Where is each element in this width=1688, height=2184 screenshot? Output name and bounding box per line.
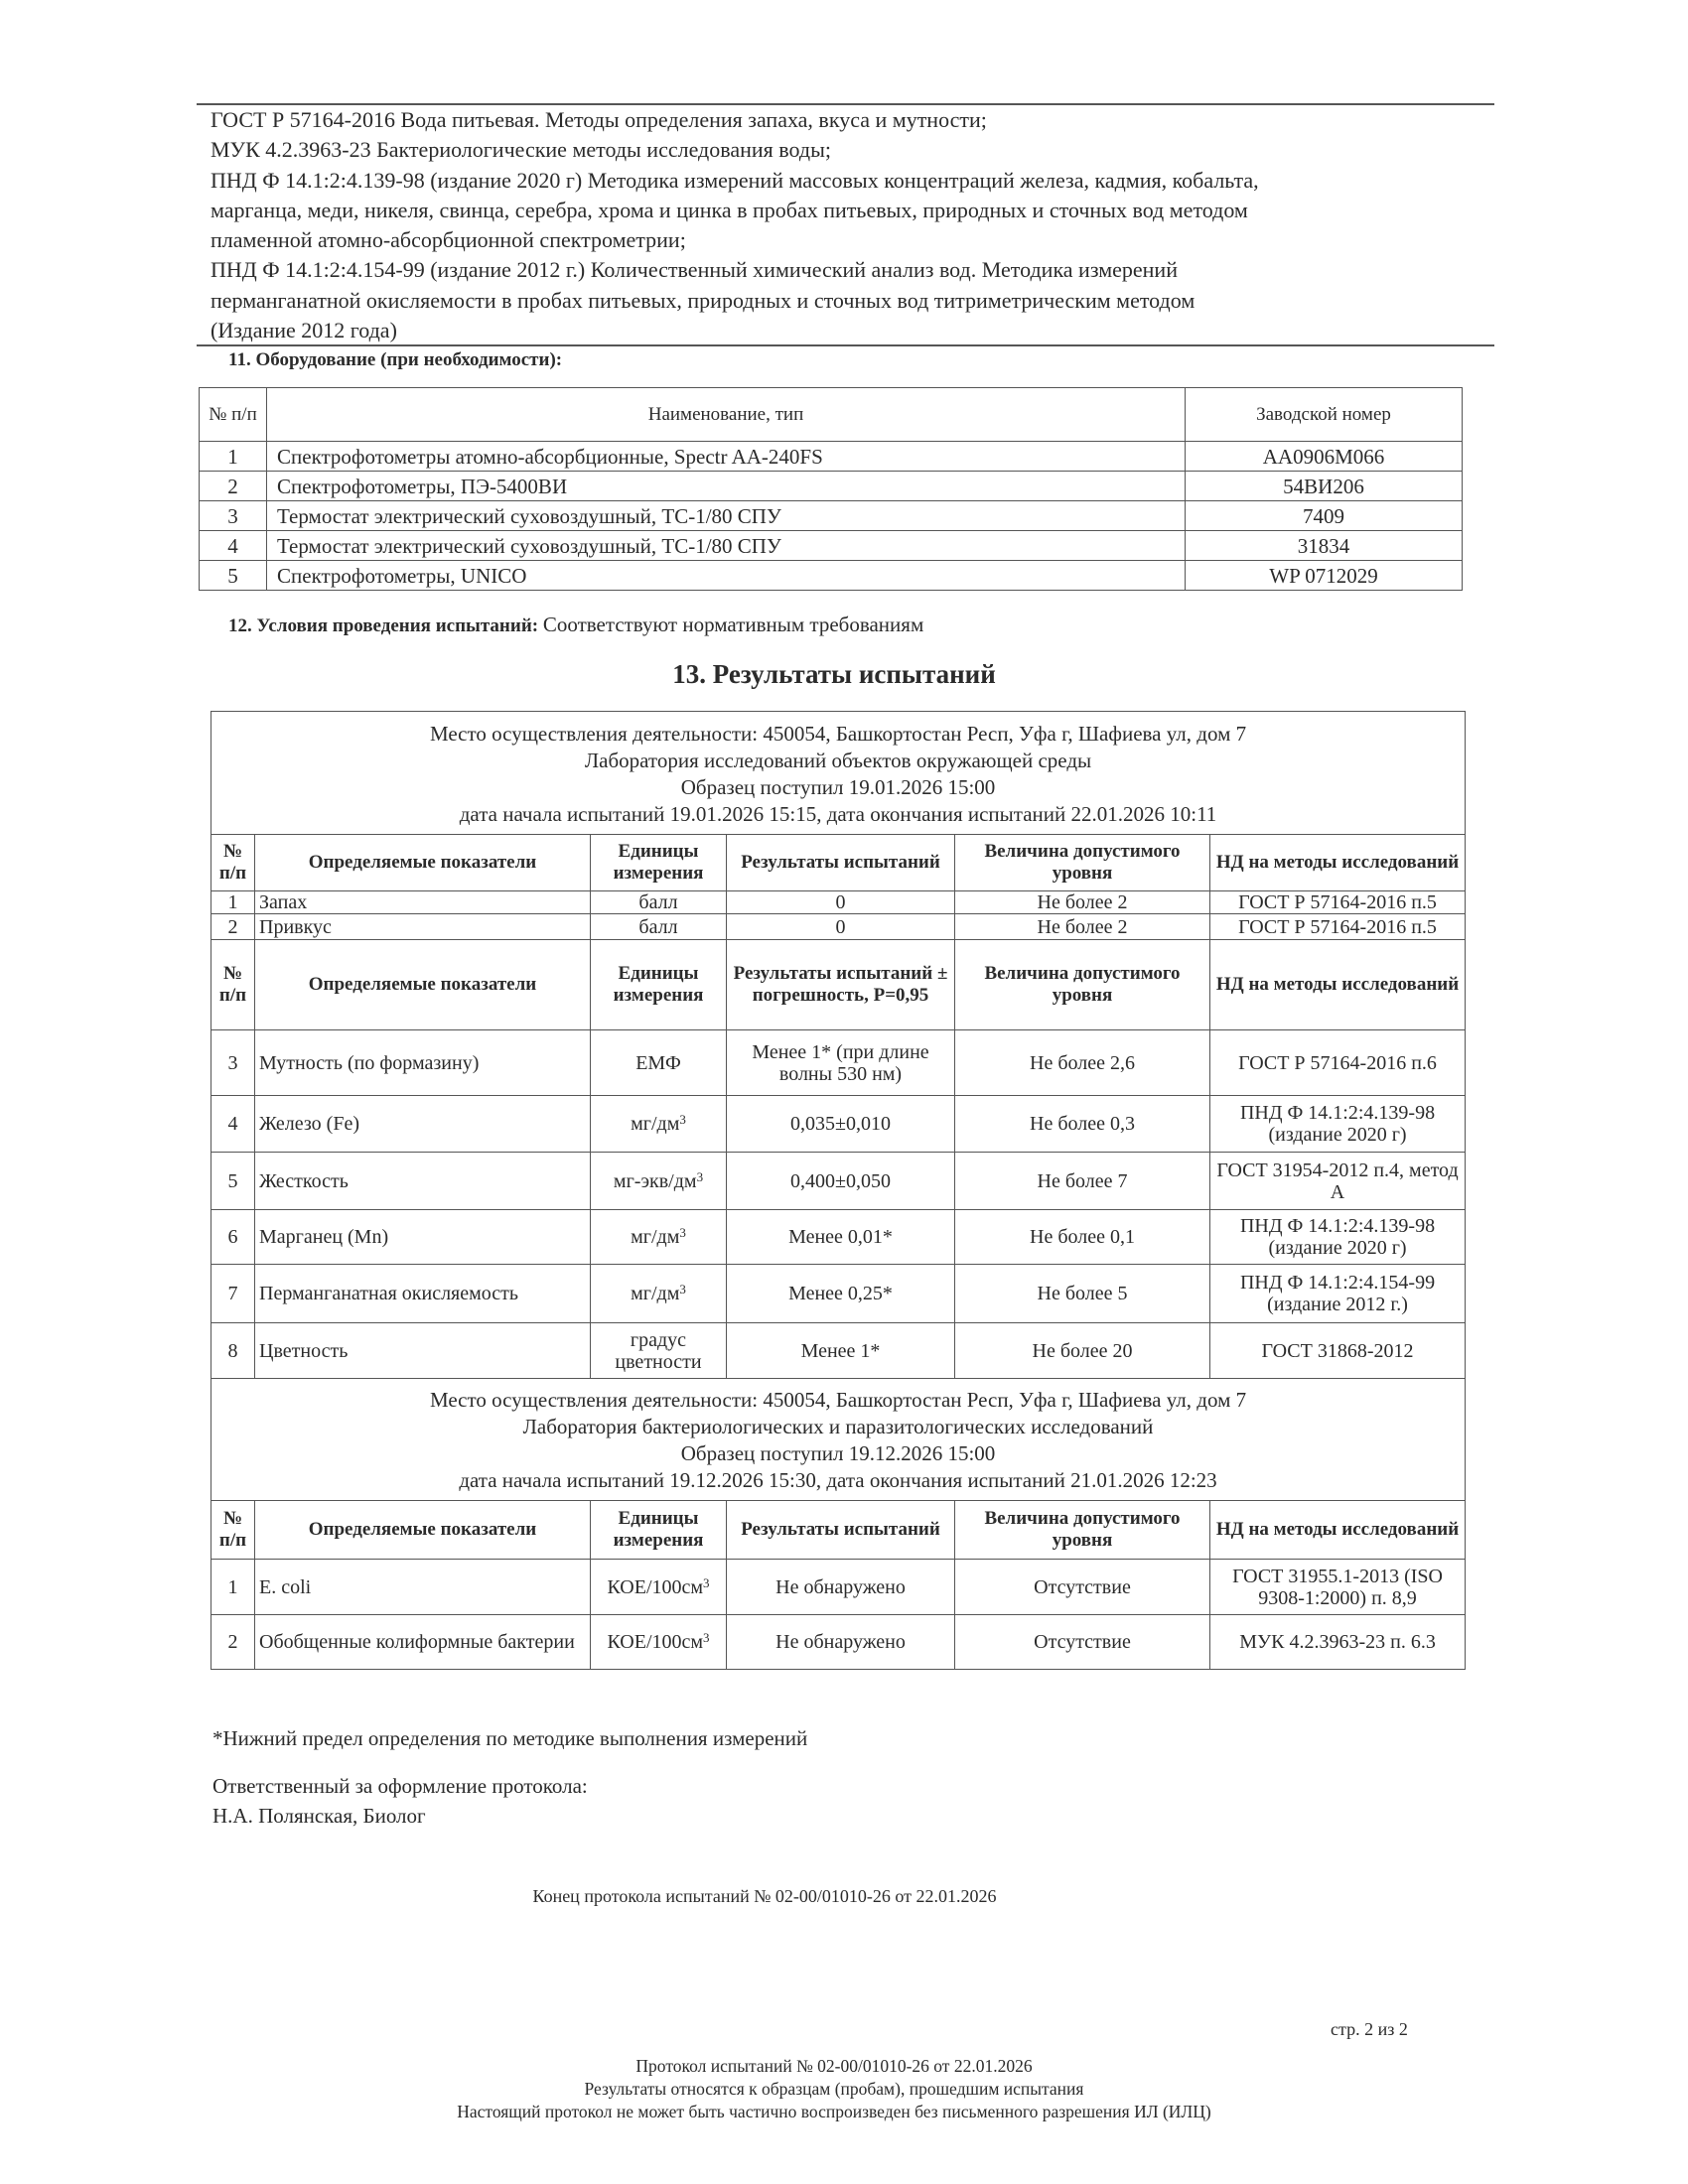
method-line: марганца, меди, никеля, свинца, серебра,…	[211, 196, 1491, 225]
row-indicator: Запах	[255, 891, 591, 914]
row-limit: Не более 0,3	[955, 1096, 1210, 1153]
row-units: мг/дм3	[591, 1096, 727, 1153]
row-indicator: Марганец (Mn)	[255, 1210, 591, 1265]
result-row: 6 Марганец (Mn) мг/дм3 Менее 0,01* Не бо…	[211, 1210, 1466, 1265]
row-num: 5	[200, 561, 267, 591]
row-name: Спектрофотометры, ПЭ-5400ВИ	[267, 472, 1186, 501]
units-text: мг/дм	[631, 1226, 679, 1248]
row-result: 0	[727, 891, 955, 914]
row-result: Менее 1*	[727, 1323, 955, 1379]
header-num: № п/п	[200, 388, 267, 442]
equipment-table: № п/п Наименование, тип Заводской номер …	[199, 387, 1463, 591]
row-result: Менее 0,25*	[727, 1265, 955, 1323]
page-footer: Протокол испытаний № 02-00/01010-26 от 2…	[0, 2055, 1668, 2123]
footer-reproduction-note: Настоящий протокол не может быть частичн…	[0, 2101, 1668, 2123]
equipment-row: 2 Спектрофотометры, ПЭ-5400ВИ 54ВИ206	[200, 472, 1463, 501]
row-num: 2	[211, 1615, 255, 1670]
units-sup: 3	[679, 1225, 686, 1240]
header-units: Единицы измерения	[591, 835, 727, 891]
block2-info-row: Место осуществления деятельности: 450054…	[211, 1379, 1466, 1501]
equipment-row: 3 Термостат электрический суховоздушный,…	[200, 501, 1463, 531]
method-line: перманганатной окисляемости в пробах пит…	[211, 286, 1491, 316]
row-indicator: Железо (Fe)	[255, 1096, 591, 1153]
units-sup: 3	[679, 1112, 686, 1127]
units-sup: 3	[703, 1630, 710, 1645]
equipment-row: 1 Спектрофотометры атомно-абсорбционные,…	[200, 442, 1463, 472]
header-result: Результаты испытаний ± погрешность, P=0,…	[727, 940, 955, 1030]
units-text: мг-экв/дм	[614, 1170, 697, 1192]
footer-protocol: Протокол испытаний № 02-00/01010-26 от 2…	[0, 2055, 1668, 2078]
section-12-label: 12. Условия проведения испытаний:	[228, 615, 538, 636]
units-sup: 3	[679, 1282, 686, 1297]
block1-header-a: № п/п Определяемые показатели Единицы из…	[211, 835, 1466, 891]
row-num: 3	[211, 1030, 255, 1096]
block1-location: Место осуществления деятельности: 450054…	[211, 721, 1465, 748]
units-text: мг/дм	[631, 1283, 679, 1304]
row-result: Не обнаружено	[727, 1615, 955, 1670]
results-table: Место осуществления деятельности: 450054…	[211, 711, 1466, 1670]
units-text: КОЕ/100см	[607, 1576, 703, 1598]
row-units: ЕМФ	[591, 1030, 727, 1096]
method-line: (Издание 2012 года)	[211, 316, 1491, 345]
row-method: ГОСТ Р 57164-2016 п.5	[1210, 891, 1466, 914]
footer-results-note: Результаты относятся к образцам (пробам)…	[0, 2078, 1668, 2101]
section-12-value: Соответствуют нормативным требованиям	[543, 613, 923, 636]
row-name: Термостат электрический суховоздушный, Т…	[267, 501, 1186, 531]
row-indicator: Цветность	[255, 1323, 591, 1379]
header-method: НД на методы исследований	[1210, 1501, 1466, 1560]
header-num: № п/п	[211, 1501, 255, 1560]
units-text: ЕМФ	[635, 1052, 681, 1074]
row-limit: Не более 7	[955, 1153, 1210, 1210]
row-num: 2	[211, 914, 255, 940]
result-row: 5 Жесткость мг-экв/дм3 0,400±0,050 Не бо…	[211, 1153, 1466, 1210]
row-num: 1	[211, 1560, 255, 1615]
units-text: градус цветности	[615, 1329, 701, 1373]
header-limit: Величина допустимого уровня	[955, 1501, 1210, 1560]
row-indicator: Перманганатная окисляемость	[255, 1265, 591, 1323]
equipment-header-row: № п/п Наименование, тип Заводской номер	[200, 388, 1463, 442]
header-indicator: Определяемые показатели	[255, 835, 591, 891]
row-indicator: Обобщенные колиформные бактерии	[255, 1615, 591, 1670]
methods-bottom-rule	[197, 344, 1494, 346]
row-method: ПНД Ф 14.1:2:4.139-98 (издание 2020 г)	[1210, 1096, 1466, 1153]
row-serial: 31834	[1186, 531, 1463, 561]
block2-location: Место осуществления деятельности: 450054…	[211, 1387, 1465, 1414]
row-indicator: E. coli	[255, 1560, 591, 1615]
block1-lab: Лаборатория исследований объектов окружа…	[211, 748, 1465, 774]
header-indicator: Определяемые показатели	[255, 1501, 591, 1560]
header-limit: Величина допустимого уровня	[955, 940, 1210, 1030]
result-row: 8 Цветность градус цветности Менее 1* Не…	[211, 1323, 1466, 1379]
units-text: мг/дм	[631, 1113, 679, 1135]
method-line: пламенной атомно-абсорбционной спектроме…	[211, 225, 1491, 255]
block1-header-b: № п/п Определяемые показатели Единицы из…	[211, 940, 1466, 1030]
row-limit: Не более 0,1	[955, 1210, 1210, 1265]
row-name: Спектрофотометры, UNICO	[267, 561, 1186, 591]
header-units: Единицы измерения	[591, 940, 727, 1030]
block2-lab: Лаборатория бактериологических и паразит…	[211, 1414, 1465, 1440]
row-indicator: Жесткость	[255, 1153, 591, 1210]
row-indicator: Мутность (по формазину)	[255, 1030, 591, 1096]
result-row: 3 Мутность (по формазину) ЕМФ Менее 1* (…	[211, 1030, 1466, 1096]
row-serial: 7409	[1186, 501, 1463, 531]
row-result: Не обнаружено	[727, 1560, 955, 1615]
row-num: 6	[211, 1210, 255, 1265]
page-number: стр. 2 из 2	[1331, 2019, 1408, 2040]
end-of-protocol: Конец протокола испытаний № 02-00/01010-…	[0, 1886, 1529, 1907]
header-result: Результаты испытаний	[727, 835, 955, 891]
header-method: НД на методы исследований	[1210, 940, 1466, 1030]
row-units: КОЕ/100см3	[591, 1615, 727, 1670]
header-method: НД на методы исследований	[1210, 835, 1466, 891]
header-num: № п/п	[211, 940, 255, 1030]
row-num: 3	[200, 501, 267, 531]
row-units: КОЕ/100см3	[591, 1560, 727, 1615]
row-num: 4	[211, 1096, 255, 1153]
result-row: 7 Перманганатная окисляемость мг/дм3 Мен…	[211, 1265, 1466, 1323]
result-row: 1 E. coli КОЕ/100см3 Не обнаружено Отсут…	[211, 1560, 1466, 1615]
row-name: Спектрофотометры атомно-абсорбционные, S…	[267, 442, 1186, 472]
row-method: ГОСТ Р 57164-2016 п.6	[1210, 1030, 1466, 1096]
method-line: ПНД Ф 14.1:2:4.139-98 (издание 2020 г) М…	[211, 166, 1491, 196]
row-method: МУК 4.2.3963-23 п. 6.3	[1210, 1615, 1466, 1670]
block2-test-dates: дата начала испытаний 19.12.2026 15:30, …	[211, 1467, 1465, 1494]
row-limit: Не более 2	[955, 891, 1210, 914]
units-text: КОЕ/100см	[607, 1631, 703, 1653]
method-line: МУК 4.2.3963-23 Бактериологические метод…	[211, 135, 1491, 165]
header-result: Результаты испытаний	[727, 1501, 955, 1560]
responsible-name: Н.А. Полянская, Биолог	[212, 1804, 426, 1829]
row-name: Термостат электрический суховоздушный, Т…	[267, 531, 1186, 561]
row-units: градус цветности	[591, 1323, 727, 1379]
equipment-row: 5 Спектрофотометры, UNICO WP 0712029	[200, 561, 1463, 591]
row-num: 2	[200, 472, 267, 501]
block2-sample-received: Образец поступил 19.12.2026 15:00	[211, 1440, 1465, 1467]
row-method: ГОСТ 31954-2012 п.4, метод А	[1210, 1153, 1466, 1210]
methods-list: ГОСТ Р 57164-2016 Вода питьевая. Методы …	[211, 105, 1491, 345]
row-limit: Отсутствие	[955, 1615, 1210, 1670]
block1-test-dates: дата начала испытаний 19.01.2026 15:15, …	[211, 801, 1465, 828]
row-result: 0,400±0,050	[727, 1153, 955, 1210]
row-serial: WP 0712029	[1186, 561, 1463, 591]
block1-sample-received: Образец поступил 19.01.2026 15:00	[211, 774, 1465, 801]
block2-info: Место осуществления деятельности: 450054…	[211, 1379, 1466, 1501]
result-row: 4 Железо (Fe) мг/дм3 0,035±0,010 Не боле…	[211, 1096, 1466, 1153]
row-indicator: Привкус	[255, 914, 591, 940]
block2-header: № п/п Определяемые показатели Единицы из…	[211, 1501, 1466, 1560]
section-13-title: 13. Результаты испытаний	[0, 659, 1668, 690]
section-12: 12. Условия проведения испытаний: Соотве…	[228, 613, 923, 637]
row-method: ГОСТ 31955.1-2013 (ISO 9308-1:2000) п. 8…	[1210, 1560, 1466, 1615]
row-units: балл	[591, 891, 727, 914]
result-row: 1 Запах балл 0 Не более 2 ГОСТ Р 57164-2…	[211, 891, 1466, 914]
row-method: ГОСТ Р 57164-2016 п.5	[1210, 914, 1466, 940]
header-units: Единицы измерения	[591, 1501, 727, 1560]
row-units: мг/дм3	[591, 1210, 727, 1265]
row-num: 1	[211, 891, 255, 914]
units-sup: 3	[697, 1169, 704, 1184]
row-limit: Не более 5	[955, 1265, 1210, 1323]
method-line: ГОСТ Р 57164-2016 Вода питьевая. Методы …	[211, 105, 1491, 135]
header-name: Наименование, тип	[267, 388, 1186, 442]
row-result: Менее 1* (при длине волны 530 нм)	[727, 1030, 955, 1096]
section-11-label: 11. Оборудование (при необходимости):	[228, 349, 562, 371]
row-units: мг/дм3	[591, 1265, 727, 1323]
block1-info: Место осуществления деятельности: 450054…	[211, 712, 1466, 835]
header-limit: Величина допустимого уровня	[955, 835, 1210, 891]
row-units: балл	[591, 914, 727, 940]
row-num: 7	[211, 1265, 255, 1323]
header-num: № п/п	[211, 835, 255, 891]
row-num: 8	[211, 1323, 255, 1379]
row-method: ПНД Ф 14.1:2:4.139-98 (издание 2020 г)	[1210, 1210, 1466, 1265]
row-result: 0	[727, 914, 955, 940]
row-num: 1	[200, 442, 267, 472]
row-num: 5	[211, 1153, 255, 1210]
row-serial: AA0906M066	[1186, 442, 1463, 472]
row-num: 4	[200, 531, 267, 561]
block1-info-row: Место осуществления деятельности: 450054…	[211, 712, 1466, 835]
row-method: ПНД Ф 14.1:2:4.154-99 (издание 2012 г.)	[1210, 1265, 1466, 1323]
row-units: мг-экв/дм3	[591, 1153, 727, 1210]
footnote: *Нижний предел определения по методике в…	[212, 1726, 807, 1751]
row-limit: Не более 2,6	[955, 1030, 1210, 1096]
equipment-row: 4 Термостат электрический суховоздушный,…	[200, 531, 1463, 561]
row-method: ГОСТ 31868-2012	[1210, 1323, 1466, 1379]
responsible-label: Ответственный за оформление протокола:	[212, 1774, 588, 1799]
result-row: 2 Привкус балл 0 Не более 2 ГОСТ Р 57164…	[211, 914, 1466, 940]
row-result: Менее 0,01*	[727, 1210, 955, 1265]
header-indicator: Определяемые показатели	[255, 940, 591, 1030]
result-row: 2 Обобщенные колиформные бактерии КОЕ/10…	[211, 1615, 1466, 1670]
header-serial: Заводской номер	[1186, 388, 1463, 442]
row-limit: Не более 2	[955, 914, 1210, 940]
row-serial: 54ВИ206	[1186, 472, 1463, 501]
row-limit: Не более 20	[955, 1323, 1210, 1379]
method-line: ПНД Ф 14.1:2:4.154-99 (издание 2012 г.) …	[211, 255, 1491, 285]
row-result: 0,035±0,010	[727, 1096, 955, 1153]
units-sup: 3	[703, 1575, 710, 1590]
row-limit: Отсутствие	[955, 1560, 1210, 1615]
